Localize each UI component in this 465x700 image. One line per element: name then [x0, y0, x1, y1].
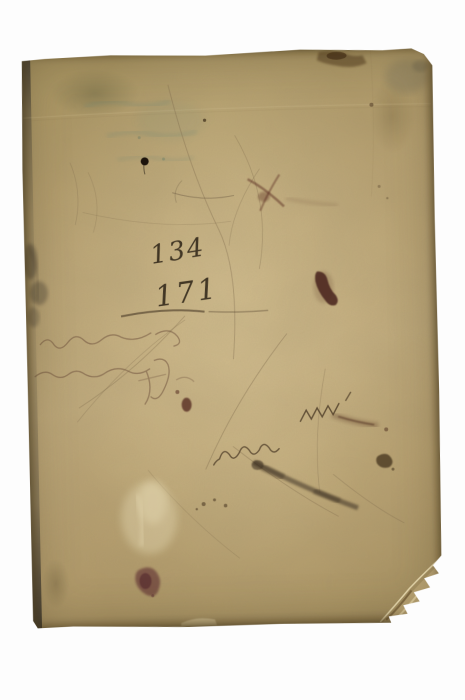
cover-marks: 134 171 — [20, 46, 444, 631]
notebook-cover: 134 171 — [20, 46, 444, 631]
paper-grain — [20, 46, 444, 631]
photo-backdrop: 134 171 — [0, 0, 465, 700]
